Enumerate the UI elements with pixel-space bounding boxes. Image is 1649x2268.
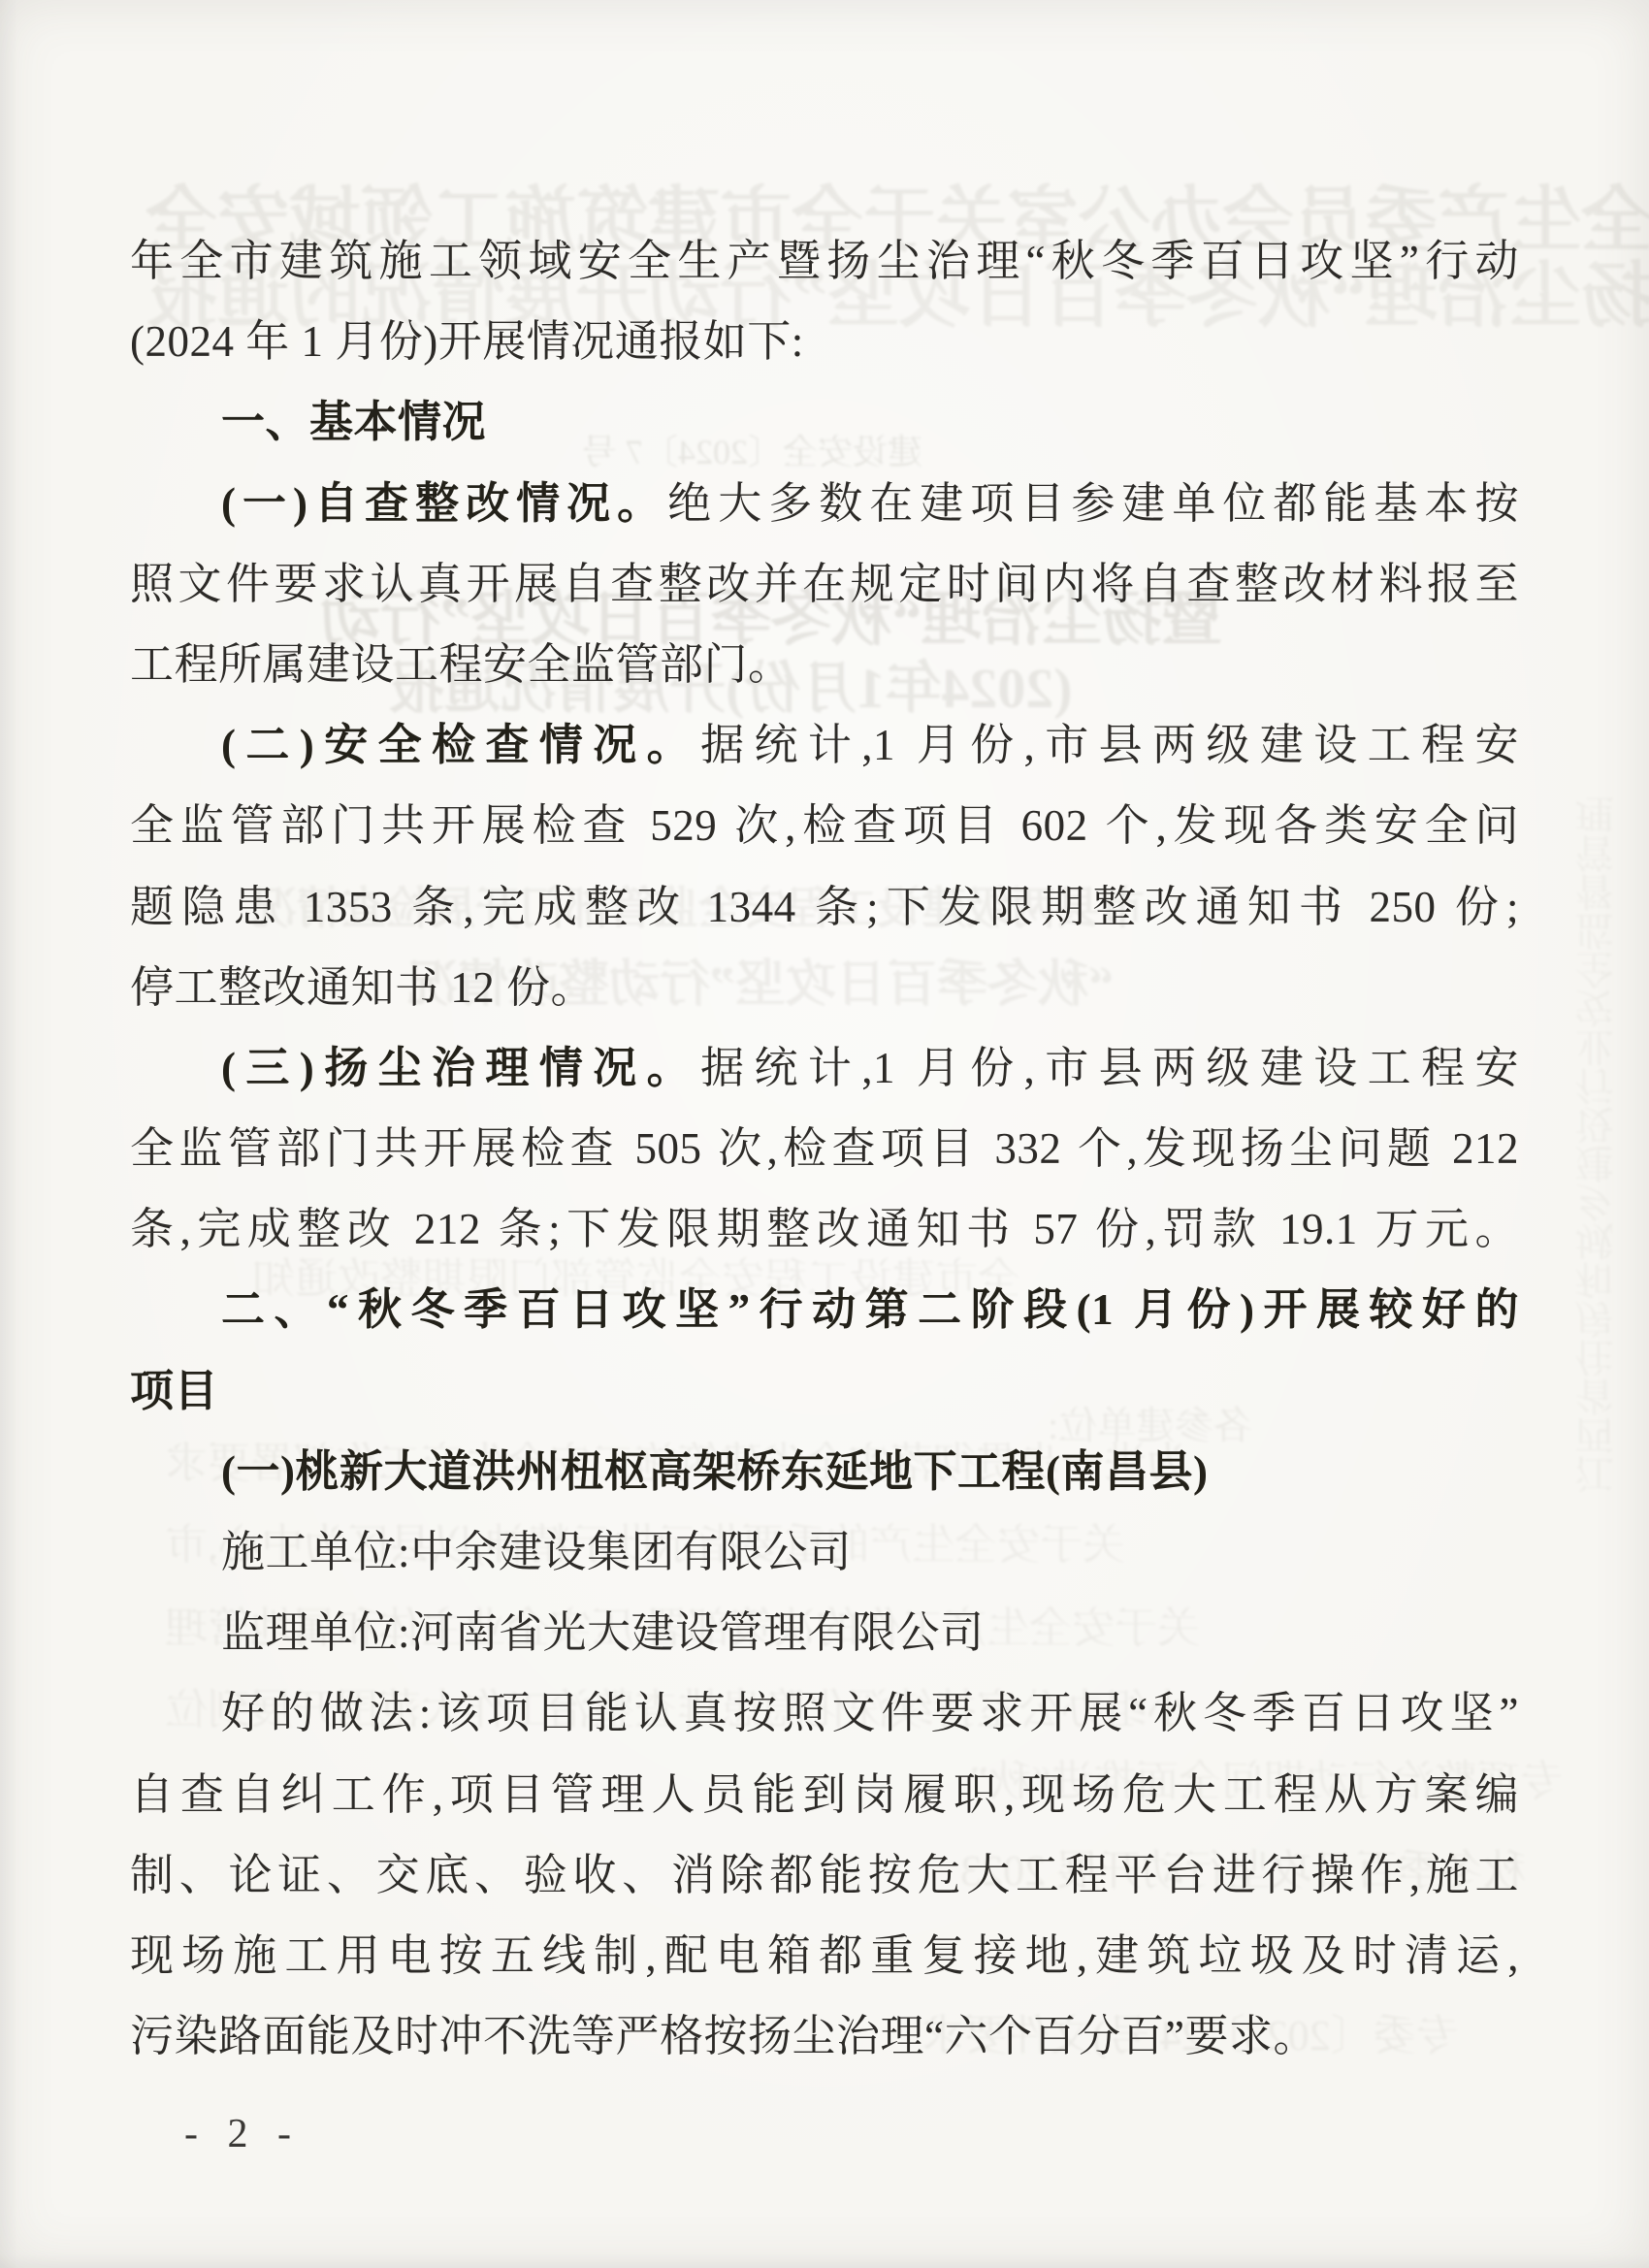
text-line: 一、基本情况 xyxy=(130,382,1519,463)
text-line: 停工整改通知书 12 份。 xyxy=(130,948,1519,1028)
page-number: - 2 - xyxy=(184,2111,301,2157)
body-text: 年全市建筑施工领域安全生产暨扬尘治理“秋冬季百日攻坚”行动(2024 年 1 月… xyxy=(130,221,1519,2077)
text-line: 条,完成整改 212 条;下发限期整改通知书 57 份,罚款 19.1 万元。 xyxy=(130,1189,1519,1270)
text-line: 照文件要求认真开展自查整改并在规定时间内将自查整改材料报至 xyxy=(130,544,1519,625)
text-line: 好的做法:该项目能认真按照文件要求开展“秋冬季百日攻坚” xyxy=(130,1673,1519,1754)
text-line: 施工单位:中余建设集团有限公司 xyxy=(130,1512,1519,1593)
text-line: 现场施工用电按五线制,配电箱都重复接地,建筑垃圾及时清运, xyxy=(130,1916,1519,1996)
document-page: 南昌市安全生产委员会办公室关于全市建筑施工领域安全生产暨扬尘治理“秋冬季百日攻坚… xyxy=(0,0,1649,2268)
text-line: (2024 年 1 月份)开展情况通报如下: xyxy=(130,302,1519,382)
text-line: 全监管部门共开展检查 529 次,检查项目 602 个,发现各类安全问 xyxy=(130,786,1519,866)
text-line: (一)自查整改情况。绝大多数在建项目参建单位都能基本按 xyxy=(130,464,1519,544)
text-line: 年全市建筑施工领域安全生产暨扬尘治理“秋冬季百日攻坚”行动 xyxy=(130,221,1519,302)
text-line: (二)安全检查情况。据统计,1 月份,市县两级建设工程安 xyxy=(130,705,1519,786)
text-line: (三)扬尘治理情况。据统计,1 月份,市县两级建设工程安 xyxy=(130,1028,1519,1109)
text-line: 污染路面能及时冲不洗等严格按扬尘治理“六个百分百”要求。 xyxy=(130,1996,1519,2077)
bleedthrough-text: 江西省住房和城乡建设行业安全监督管理 xyxy=(1564,795,1619,1494)
text-line: (一)桃新大道洪州杻枢高架桥东延地下工程(南昌县) xyxy=(130,1432,1519,1512)
text-line: 二、“秋冬季百日攻坚”行动第二阶段(1 月份)开展较好的 xyxy=(130,1270,1519,1350)
text-line: 题隐患 1353 条,完成整改 1344 条;下发限期整改通知书 250 份; xyxy=(130,867,1519,948)
text-line: 自查自纠工作,项目管理人员能到岗履职,现场危大工程从方案编 xyxy=(130,1755,1519,1835)
text-line: 监理单位:河南省光大建设管理有限公司 xyxy=(130,1593,1519,1673)
text-line: 项目 xyxy=(130,1351,1519,1432)
text-line: 制、论证、交底、验收、消除都能按危大工程平台进行操作,施工 xyxy=(130,1835,1519,1916)
text-line: 全监管部门共开展检查 505 次,检查项目 332 个,发现扬尘问题 212 xyxy=(130,1109,1519,1189)
text-line: 工程所属建设工程安全监管部门。 xyxy=(130,625,1519,705)
